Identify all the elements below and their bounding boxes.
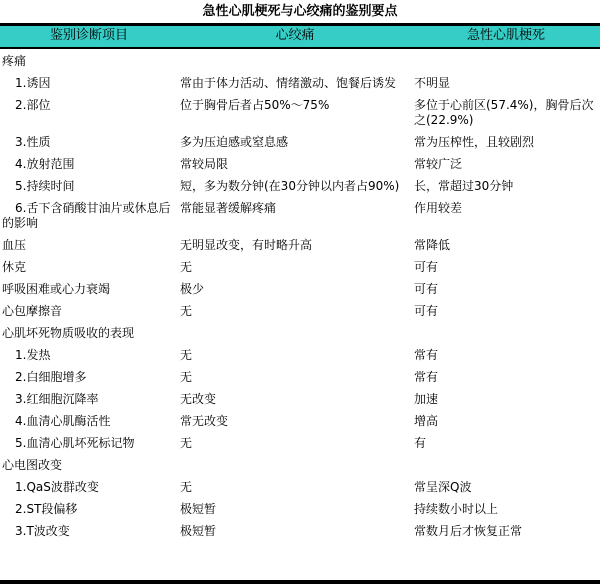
cell-ami: 可有 (412, 279, 600, 301)
header-cell-item: 鉴别诊断项目 (0, 26, 178, 47)
cell-ami: 作用较差 (412, 198, 600, 220)
cell-angina: 位于胸骨后者占50%～75% (178, 95, 412, 117)
cell-angina: 极少 (178, 279, 412, 301)
cell-item: 3.红细胞沉降率 (0, 389, 178, 411)
table-row: 3.红细胞沉降率 无改变 加速 (0, 389, 600, 411)
table-row: 3.T波改变 极短暂 常数月后才恢复正常 (0, 521, 600, 543)
cell-angina (178, 455, 412, 462)
cell-ami: 常较广泛 (412, 154, 600, 176)
cell-item: 1.发热 (0, 345, 178, 367)
cell-ami: 常有 (412, 345, 600, 367)
cell-ami: 多位于心前区(57.4%)，胸骨后次之(22.9%) (412, 95, 600, 132)
cell-item: 心肌坏死物质吸收的表现 (0, 323, 178, 345)
table-row: 2.ST段偏移 极短暂 持续数小时以上 (0, 499, 600, 521)
table-row: 1.QaS波群改变 无 常呈深Q波 (0, 477, 600, 499)
table-row: 2.白细胞增多 无 常有 (0, 367, 600, 389)
table-row: 4.放射范围 常较局限 常较广泛 (0, 154, 600, 176)
cell-item: 1.诱因 (0, 73, 178, 95)
cell-item: 心包摩擦音 (0, 301, 178, 323)
cell-angina: 多为压迫感或窒息感 (178, 132, 412, 154)
cell-item: 5.血清心肌坏死标记物 (0, 433, 178, 455)
cell-ami: 常数月后才恢复正常 (412, 521, 600, 543)
cell-item: 2.ST段偏移 (0, 499, 178, 521)
cell-angina (178, 51, 412, 58)
table-body: 疼痛 1.诱因 常由于体力活动、情绪激动、饱餐后诱发 不明显 2.部位 位于胸骨… (0, 49, 600, 580)
cell-item: 4.血清心肌酶活性 (0, 411, 178, 433)
cell-item: 2.部位 (0, 95, 178, 117)
page-title: 急性心肌梗死与心绞痛的鉴别要点 (0, 0, 600, 23)
cell-ami (412, 51, 600, 58)
cell-item: 4.放射范围 (0, 154, 178, 176)
cell-angina: 无 (178, 477, 412, 499)
cell-angina: 无 (178, 433, 412, 455)
cell-ami: 不明显 (412, 73, 600, 95)
cell-angina: 极短暂 (178, 499, 412, 521)
cell-angina: 无改变 (178, 389, 412, 411)
cell-angina: 常由于体力活动、情绪激动、饱餐后诱发 (178, 73, 412, 95)
cell-ami: 可有 (412, 257, 600, 279)
cell-angina (178, 323, 412, 330)
cell-item: 休克 (0, 257, 178, 279)
cell-ami: 常降低 (412, 235, 600, 257)
cell-angina: 短，多为数分钟(在30分钟以内者占90%) (178, 176, 412, 198)
cell-ami: 可有 (412, 301, 600, 323)
table-row: 5.血清心肌坏死标记物 无 有 (0, 433, 600, 455)
cell-ami: 常呈深Q波 (412, 477, 600, 499)
table-row: 6.舌下含硝酸甘油片或休息后的影响 常能显著缓解疼痛 作用较差 (0, 198, 600, 235)
table-row: 休克 无 可有 (0, 257, 600, 279)
cell-angina: 常能显著缓解疼痛 (178, 198, 412, 220)
cell-ami: 加速 (412, 389, 600, 411)
differential-table-page: 急性心肌梗死与心绞痛的鉴别要点 鉴别诊断项目 心绞痛 急性心肌梗死 疼痛 1.诱… (0, 0, 600, 584)
cell-angina: 无 (178, 257, 412, 279)
cell-ami: 有 (412, 433, 600, 455)
table-row: 心电图改变 (0, 455, 600, 477)
cell-angina: 极短暂 (178, 521, 412, 543)
table-row: 1.诱因 常由于体力活动、情绪激动、饱餐后诱发 不明显 (0, 73, 600, 95)
cell-item: 3.性质 (0, 132, 178, 154)
table-row: 3.性质 多为压迫感或窒息感 常为压榨性，且较剧烈 (0, 132, 600, 154)
cell-item: 2.白细胞增多 (0, 367, 178, 389)
cell-ami (412, 455, 600, 462)
cell-angina: 无明显改变，有时略升高 (178, 235, 412, 257)
cell-item: 呼吸困难或心力衰竭 (0, 279, 178, 301)
header-cell-ami: 急性心肌梗死 (412, 26, 600, 47)
cell-angina: 常较局限 (178, 154, 412, 176)
cell-ami: 长，常超过30分钟 (412, 176, 600, 198)
table-row: 2.部位 位于胸骨后者占50%～75% 多位于心前区(57.4%)，胸骨后次之(… (0, 95, 600, 132)
table-row: 心肌坏死物质吸收的表现 (0, 323, 600, 345)
cell-item: 5.持续时间 (0, 176, 178, 198)
cell-item: 3.T波改变 (0, 521, 178, 543)
cell-ami (412, 323, 600, 330)
header-cell-angina: 心绞痛 (178, 26, 412, 47)
cell-angina: 无 (178, 301, 412, 323)
table-row: 血压 无明显改变，有时略升高 常降低 (0, 235, 600, 257)
table-row: 呼吸困难或心力衰竭 极少 可有 (0, 279, 600, 301)
cell-angina: 常无改变 (178, 411, 412, 433)
cell-angina: 无 (178, 367, 412, 389)
table-bottom-border (0, 580, 600, 584)
table-row: 4.血清心肌酶活性 常无改变 增高 (0, 411, 600, 433)
cell-item: 心电图改变 (0, 455, 178, 477)
cell-item: 血压 (0, 235, 178, 257)
cell-item: 疼痛 (0, 51, 178, 73)
table-row: 5.持续时间 短，多为数分钟(在30分钟以内者占90%) 长，常超过30分钟 (0, 176, 600, 198)
table-header-row: 鉴别诊断项目 心绞痛 急性心肌梗死 (0, 23, 600, 49)
cell-item: 6.舌下含硝酸甘油片或休息后的影响 (0, 198, 178, 235)
cell-angina: 无 (178, 345, 412, 367)
cell-ami: 常有 (412, 367, 600, 389)
table-row: 心包摩擦音 无 可有 (0, 301, 600, 323)
cell-ami: 持续数小时以上 (412, 499, 600, 521)
cell-item: 1.QaS波群改变 (0, 477, 178, 499)
cell-ami: 常为压榨性，且较剧烈 (412, 132, 600, 154)
table-row: 疼痛 (0, 51, 600, 73)
table-row: 1.发热 无 常有 (0, 345, 600, 367)
cell-ami: 增高 (412, 411, 600, 433)
